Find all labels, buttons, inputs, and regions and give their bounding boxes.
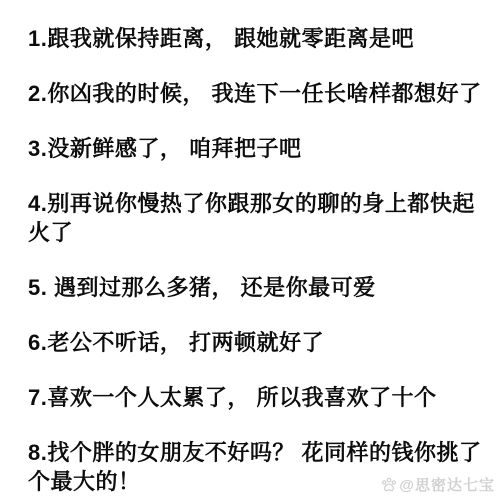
watermark-text: @思密达七宝	[399, 474, 495, 495]
quote-item-7: 7.喜欢一个人太累了， 所以我喜欢了十个	[28, 383, 483, 412]
quote-item-5: 5. 遇到过那么多猪， 还是你最可爱	[28, 273, 483, 302]
paw-icon	[381, 477, 397, 493]
quote-item-1: 1.跟我就保持距离， 跟她就零距离是吧	[28, 24, 483, 53]
meme-text-page: 1.跟我就保持距离， 跟她就零距离是吧 2.你凶我的时候， 我连下一任长啥样都想…	[0, 0, 501, 500]
quote-item-2: 2.你凶我的时候， 我连下一任长啥样都想好了	[28, 79, 483, 108]
quote-item-3: 3.没新鲜感了， 咱拜把子吧	[28, 134, 483, 163]
quote-list: 1.跟我就保持距离， 跟她就零距离是吧 2.你凶我的时候， 我连下一任长啥样都想…	[0, 0, 501, 496]
quote-item-6: 6.老公不听话， 打两顿就好了	[28, 328, 483, 357]
watermark: @思密达七宝	[381, 474, 495, 495]
quote-item-4: 4.别再说你慢热了你跟那女的聊的身上都快起火了	[28, 189, 483, 247]
